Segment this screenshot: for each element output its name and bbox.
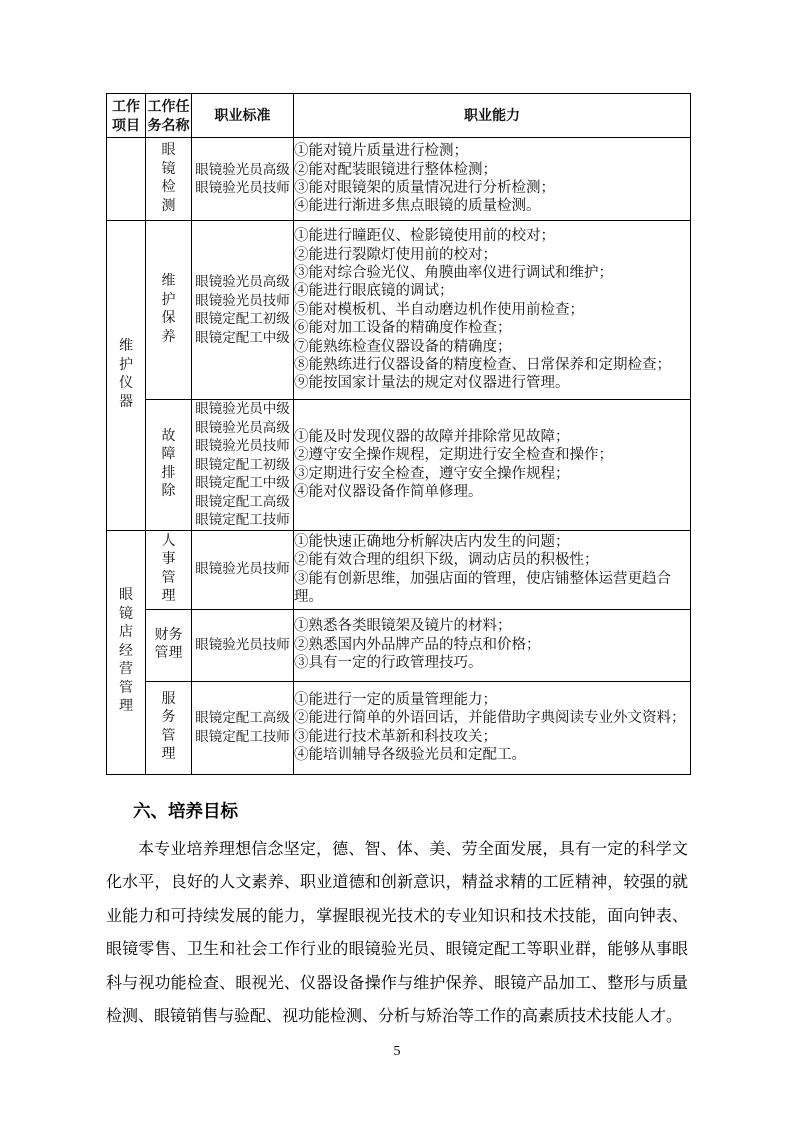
task-label: 财务管理	[154, 627, 184, 664]
cell-task-glasses-inspection: 眼镜检测	[146, 138, 192, 221]
document-page: 工作项目 工作任务名称 职业标准 职业能力 眼镜检测 眼镜验光员高级 眼镜验光员…	[0, 0, 793, 1122]
header-work-project: 工作项目	[107, 94, 146, 138]
page-number: 5	[106, 1044, 688, 1060]
cell-task-finance-management: 财务管理	[146, 609, 192, 681]
training-objective-section: 六、培养目标 本专业培养理想信念坚定，德、智、体、美、劳全面发展，具有一定的科学…	[106, 797, 688, 1033]
cell-task-troubleshooting: 故障排除	[146, 400, 192, 531]
cell-task-service-management: 服务管理	[146, 681, 192, 774]
job-competency-table: 工作项目 工作任务名称 职业标准 职业能力 眼镜检测 眼镜验光员高级 眼镜验光员…	[106, 93, 691, 775]
header-occupation-ability: 职业能力	[294, 94, 691, 138]
cell-abilities-finance-management: ①熟悉各类眼镜架及镜片的材料； ②熟悉国内外品牌产品的特点和价格； ③具有一定的…	[294, 609, 691, 681]
cell-project-empty	[107, 138, 146, 221]
task-label: 服务管理	[161, 691, 176, 765]
header-task-name: 工作任务名称	[146, 94, 192, 138]
cell-standards-personnel-management: 眼镜验光员技师	[192, 530, 294, 609]
header-occupation-standard: 职业标准	[192, 94, 294, 138]
cell-abilities-service-management: ①能进行一定的质量管理能力； ②能进行简单的外语回话，并能借助字典阅读专业外文资…	[294, 681, 691, 774]
task-label: 眼镜检测	[161, 142, 176, 216]
cell-task-maintenance-care: 维护保养	[146, 221, 192, 400]
task-label: 人事管理	[161, 533, 176, 607]
cell-standards-service-management: 眼镜定配工高级 眼镜定配工技师	[192, 681, 294, 774]
project-label: 眼镜店经营管理	[119, 587, 134, 717]
cell-abilities-glasses-inspection: ①能对镜片质量进行检测； ②能对配装眼镜进行整体检测； ③能对眼镜架的质量情况进…	[294, 138, 691, 221]
cell-project-store-management: 眼镜店经营管理	[107, 530, 146, 774]
section-heading: 六、培养目标	[106, 797, 688, 825]
project-label: 维护仪器	[119, 338, 134, 412]
cell-abilities-maintenance-care: ①能进行瞳距仪、检影镜使用前的校对； ②能进行裂隙灯使用前的校对； ③能对综合验…	[294, 221, 691, 400]
cell-standards-glasses-inspection: 眼镜验光员高级 眼镜验光员技师	[192, 138, 294, 221]
cell-standards-finance-management: 眼镜验光员技师	[192, 609, 294, 681]
cell-project-instrument-maintenance: 维护仪器	[107, 221, 146, 531]
cell-standards-maintenance-care: 眼镜验光员高级 眼镜验光员技师 眼镜定配工初级 眼镜定配工中级	[192, 221, 294, 400]
section-paragraph: 本专业培养理想信念坚定，德、智、体、美、劳全面发展，具有一定的科学文化水平，良好…	[106, 833, 688, 1033]
cell-standards-troubleshooting: 眼镜验光员中级 眼镜验光员高级 眼镜验光员技师 眼镜定配工初级 眼镜定配工中级 …	[192, 400, 294, 531]
task-label: 故障排除	[161, 428, 176, 502]
cell-abilities-personnel-management: ①能快速正确地分析解决店内发生的问题； ②能有效合理的组织下级，调动店员的积极性…	[294, 530, 691, 609]
task-label: 维护保养	[161, 273, 176, 347]
cell-abilities-troubleshooting: ①能及时发现仪器的故障并排除常见故障； ②遵守安全操作规程，定期进行安全检查和操…	[294, 400, 691, 531]
cell-task-personnel-management: 人事管理	[146, 530, 192, 609]
